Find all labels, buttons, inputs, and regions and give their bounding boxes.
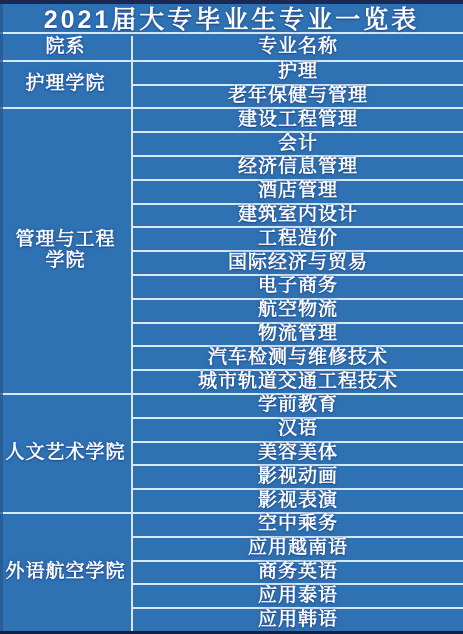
college-column: 院系 护理学院 管理与工程 学院 人文艺术学院 外语航空学院 — [0, 36, 133, 631]
graduate-majors-table: 2021届大专毕业生专业一览表 院系 护理学院 管理与工程 学院 人文艺术学院 … — [0, 0, 463, 634]
major-cell: 酒店管理 — [133, 179, 463, 203]
major-cell: 国际经济与贸易 — [133, 250, 463, 274]
major-cell: 汉语 — [133, 417, 463, 441]
major-cell: 建设工程管理 — [133, 107, 463, 131]
major-cell: 建筑室内设计 — [133, 203, 463, 227]
major-column: 专业名称 护理 老年保健与管理 建设工程管理 会计 经济信息管理 酒店管理 建筑… — [133, 36, 463, 631]
major-cell: 汽车检测与维修技术 — [133, 345, 463, 369]
header-major: 专业名称 — [133, 36, 463, 60]
college-cell-languages: 外语航空学院 — [0, 512, 131, 631]
table-body: 院系 护理学院 管理与工程 学院 人文艺术学院 外语航空学院 专业名称 护理 老… — [0, 36, 463, 631]
header-college: 院系 — [0, 36, 131, 60]
major-cell: 经济信息管理 — [133, 155, 463, 179]
major-cell: 应用越南语 — [133, 536, 463, 560]
college-cell-nursing: 护理学院 — [0, 60, 131, 108]
college-cell-management: 管理与工程 学院 — [0, 107, 131, 393]
major-cell: 会计 — [133, 131, 463, 155]
major-cell: 影视动画 — [133, 464, 463, 488]
major-cell: 影视表演 — [133, 488, 463, 512]
table-title: 2021届大专毕业生专业一览表 — [0, 4, 463, 34]
major-cell: 工程造价 — [133, 226, 463, 250]
major-cell: 物流管理 — [133, 322, 463, 346]
major-cell: 老年保健与管理 — [133, 84, 463, 108]
major-cell: 空中乘务 — [133, 512, 463, 536]
major-cell: 航空物流 — [133, 298, 463, 322]
major-cell: 护理 — [133, 60, 463, 84]
college-cell-humanities: 人文艺术学院 — [0, 393, 131, 512]
major-cell: 城市轨道交通工程技术 — [133, 369, 463, 393]
frame-edge-top — [0, 0, 463, 4]
major-cell: 美容美体 — [133, 441, 463, 465]
major-cell: 商务英语 — [133, 560, 463, 584]
frame-edge-left — [0, 0, 3, 634]
major-cell: 电子商务 — [133, 274, 463, 298]
major-cell: 应用韩语 — [133, 607, 463, 631]
major-cell: 应用泰语 — [133, 583, 463, 607]
major-cell: 学前教育 — [133, 393, 463, 417]
